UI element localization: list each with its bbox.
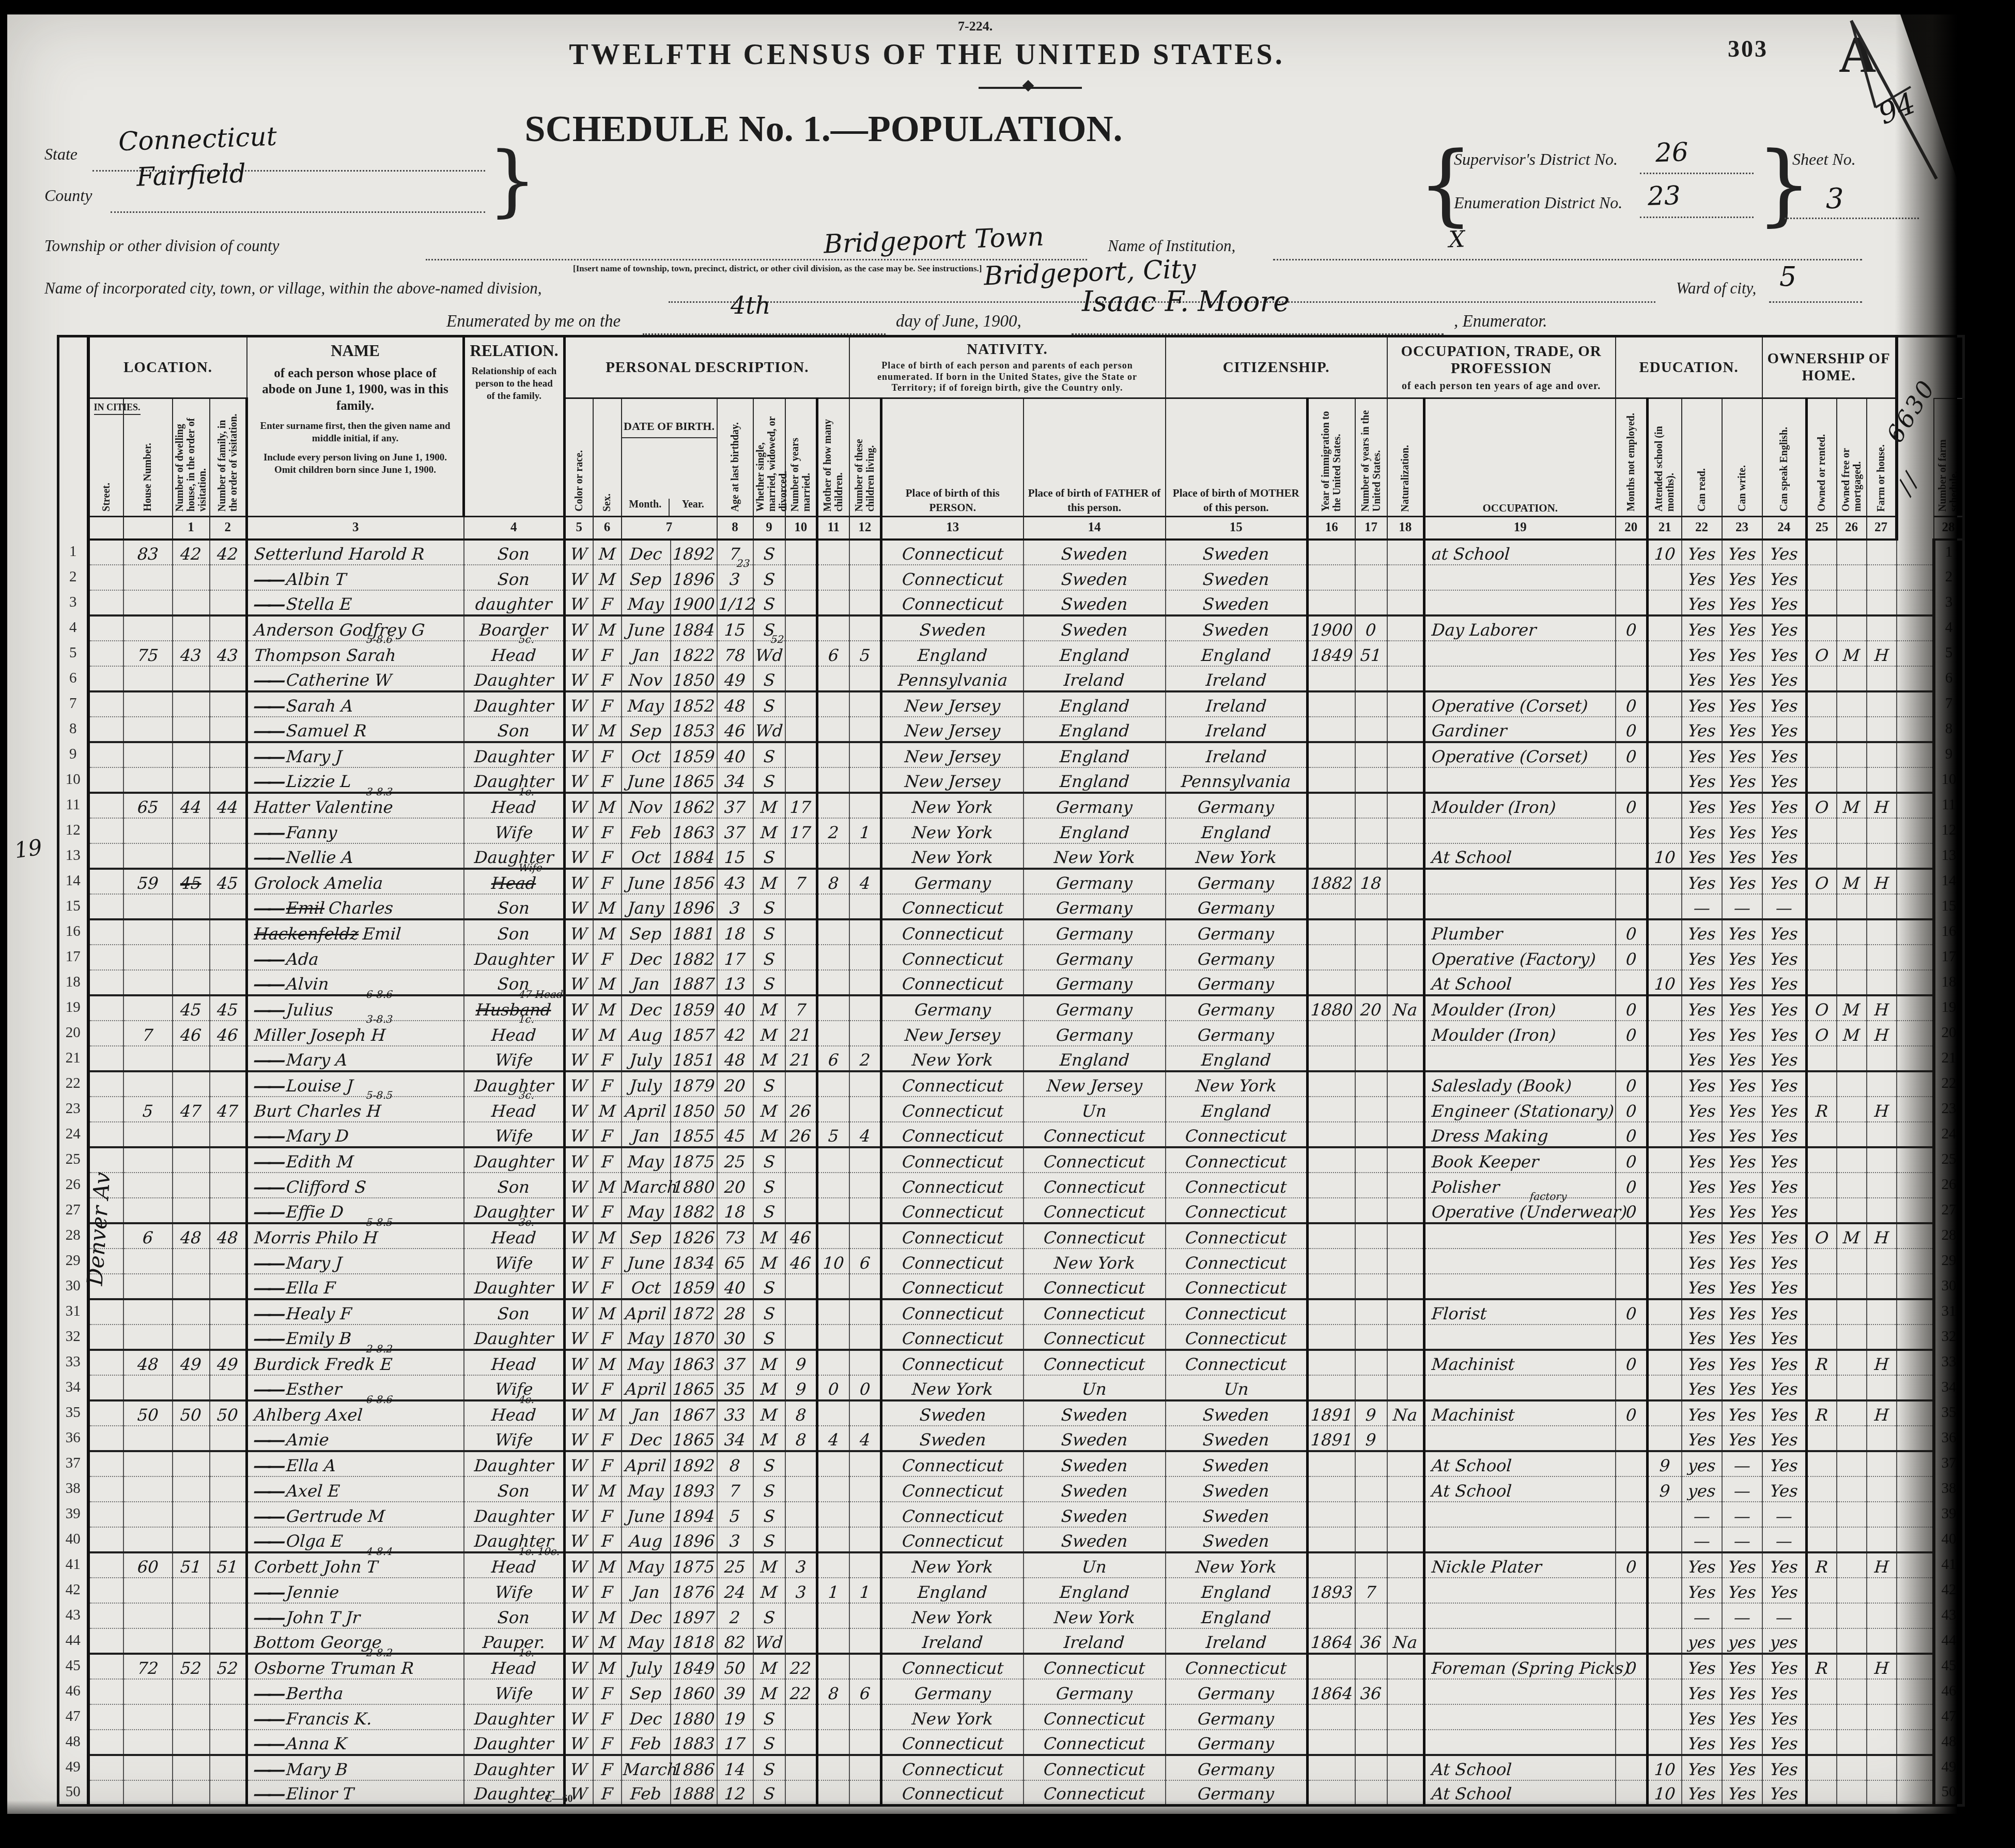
cell-name: ――Clifford S — [247, 1173, 464, 1198]
cell-relation: Daughter — [464, 945, 565, 970]
cell-marital: M — [753, 869, 785, 894]
cell-year: 1884 — [671, 615, 717, 641]
cell-years_married — [785, 1451, 817, 1476]
cell-sex: M — [593, 1654, 622, 1679]
cell-pob: Connecticut — [881, 1654, 1024, 1679]
cell-year: 1850 — [671, 1097, 717, 1122]
cell-sex: F — [593, 1274, 622, 1299]
cell-year: 1865 — [671, 1426, 717, 1451]
cell-read: Yes — [1682, 1122, 1722, 1147]
cell-year: 1855 — [671, 1122, 717, 1147]
cell-dwelling — [173, 1578, 210, 1603]
cell-month: Sep — [622, 1223, 671, 1249]
table-row: 17――AdaDaughterWFDec188217SConnecticutGe… — [58, 945, 1964, 970]
cell-english: — — [1762, 1527, 1807, 1552]
row-number-left: 9 — [58, 742, 88, 767]
cell-age: 3 — [717, 1527, 753, 1552]
cell-marital: M — [753, 1097, 785, 1122]
cell-relation: 1c.Head — [464, 1654, 565, 1679]
cell-sex: M — [593, 565, 622, 590]
col-owned: Owned or rented. — [1807, 398, 1837, 517]
cell-children_living — [849, 1552, 881, 1578]
cell-year: 1860 — [671, 1679, 717, 1704]
cell-year: 1886 — [671, 1755, 717, 1780]
cell-sex: M — [593, 1173, 622, 1198]
cell-pob_mother: England — [1166, 1578, 1308, 1603]
cell-years_married — [785, 641, 817, 666]
cell-age: 40 — [717, 1274, 753, 1299]
cell-english: Yes — [1762, 1198, 1807, 1223]
cell-imm_year — [1308, 1451, 1355, 1476]
cell-mortgage — [1837, 1097, 1867, 1122]
cell-natz — [1387, 945, 1424, 970]
cell-owned: O — [1807, 1021, 1837, 1046]
cell-name: ――Effie D — [247, 1198, 464, 1223]
table-row: 10――Lizzie LDaughterWFJune186534SNew Jer… — [58, 767, 1964, 793]
cell-age: 35 — [717, 1375, 753, 1400]
cell-month: Sep — [622, 565, 671, 590]
table-row: 6――Catherine WDaughterWFNov185049SPennsy… — [58, 666, 1964, 691]
cell-family — [210, 615, 247, 641]
cell-owned — [1807, 1704, 1837, 1730]
cell-marital: S — [753, 565, 785, 590]
cell-school — [1648, 1603, 1682, 1628]
cell-mother_of: 10 — [817, 1249, 849, 1274]
cell-mother_of — [817, 1325, 849, 1350]
cell-street — [88, 1502, 123, 1527]
cell-house — [123, 919, 173, 945]
cell-years_married — [785, 1274, 817, 1299]
cell-mortgage — [1837, 1552, 1867, 1578]
cell-school: 10 — [1648, 540, 1682, 565]
row-number-left: 18 — [58, 970, 88, 995]
cell-imm_year — [1308, 691, 1355, 717]
cell-family: 44 — [210, 793, 247, 818]
cell-dwelling — [173, 894, 210, 919]
cell-color: W — [565, 1350, 593, 1375]
cell-age: 2 — [717, 1603, 753, 1628]
cell-occupation — [1424, 1249, 1616, 1274]
cell-pob_father: Sweden — [1024, 1527, 1166, 1552]
cell-english: Yes — [1762, 742, 1807, 767]
row-number-left: 24 — [58, 1122, 88, 1147]
cell-pob: Connecticut — [881, 1299, 1024, 1325]
cell-age: 20 — [717, 1173, 753, 1198]
cell-name: ――Mary J — [247, 1249, 464, 1274]
cell-age: 24 — [717, 1578, 753, 1603]
cell-house — [123, 717, 173, 742]
cell-marital: S — [753, 691, 785, 717]
cell-house — [123, 1147, 173, 1173]
cell-street — [88, 1552, 123, 1578]
cell-years_us: 18 — [1355, 869, 1387, 894]
colnum: 7 — [622, 517, 717, 540]
cell-family: 43 — [210, 641, 247, 666]
cell-house — [123, 1628, 173, 1654]
cell-relation: Wife — [464, 818, 565, 843]
cell-natz — [1387, 1249, 1424, 1274]
cell-english: Yes — [1762, 869, 1807, 894]
cell-pob: New Jersey — [881, 1021, 1024, 1046]
cell-pob_mother: Sweden — [1166, 1527, 1308, 1552]
table-row: 37――Ella ADaughterWFApril18928SConnectic… — [58, 1451, 1964, 1476]
cell-pob_mother: Germany — [1166, 919, 1308, 945]
table-wrap: LOCATION.NAMEof each person whose place … — [57, 335, 1965, 1807]
cell-name: ――Sarah A — [247, 691, 464, 717]
cell-farm: H — [1867, 1552, 1897, 1578]
cell-family — [210, 666, 247, 691]
cell-pob: Germany — [881, 869, 1024, 894]
cell-farm — [1867, 1476, 1897, 1502]
dotted-line — [1273, 258, 1862, 260]
colnum: 3 — [247, 517, 464, 540]
cell-months_unemp — [1616, 818, 1648, 843]
cell-mortgage — [1837, 1527, 1867, 1552]
cell-natz — [1387, 565, 1424, 590]
cell-annotation: Wife — [518, 863, 542, 873]
cell-pob_father: England — [1024, 1046, 1166, 1071]
cell-months_unemp — [1616, 1046, 1648, 1071]
table-row: 44Bottom GeorgePauper.WMMay181882WdIrela… — [58, 1628, 1964, 1654]
row-number-left: 48 — [58, 1730, 88, 1755]
cell-years_us — [1355, 1350, 1387, 1375]
cell-pob_father: Germany — [1024, 919, 1166, 945]
cell-pob_father: Connecticut — [1024, 1198, 1166, 1223]
cell-farm — [1867, 615, 1897, 641]
cell-dwelling — [173, 1173, 210, 1198]
struck-text: Emil — [286, 898, 326, 918]
cell-years_married: 22 — [785, 1654, 817, 1679]
cell-write: — — [1722, 1451, 1762, 1476]
row-number-left: 22 — [58, 1071, 88, 1097]
cell-years_us — [1355, 590, 1387, 615]
cell-pob_mother: Connecticut — [1166, 1654, 1308, 1679]
cell-farm — [1867, 1046, 1897, 1071]
cell-marital: S — [753, 1147, 785, 1173]
cell-mortgage — [1837, 1147, 1867, 1173]
cell-street — [88, 945, 123, 970]
cell-name: ――Healy F — [247, 1299, 464, 1325]
cell-school — [1648, 666, 1682, 691]
colnum: 14 — [1024, 517, 1166, 540]
cell-pob_father: Connecticut — [1024, 1704, 1166, 1730]
cell-school — [1648, 1350, 1682, 1375]
cell-name: ――Mary D — [247, 1122, 464, 1147]
cell-age: 48 — [717, 1046, 753, 1071]
cell-children_living — [849, 615, 881, 641]
cell-pob: Connecticut — [881, 919, 1024, 945]
cell-occupation — [1424, 641, 1616, 666]
cell-children_living: 4 — [849, 1426, 881, 1451]
cell-pob_father: Germany — [1024, 1021, 1166, 1046]
cell-dwelling: 45 — [173, 869, 210, 894]
cell-month: June — [622, 615, 671, 641]
cell-pob_father: Sweden — [1024, 1502, 1166, 1527]
cell-english: Yes — [1762, 1299, 1807, 1325]
cell-sex: M — [593, 1223, 622, 1249]
cell-months_unemp: 0 — [1616, 1147, 1648, 1173]
cell-farm — [1867, 1071, 1897, 1097]
cell-imm_year — [1308, 1122, 1355, 1147]
cell-years_us — [1355, 1603, 1387, 1628]
cell-english: Yes — [1762, 1147, 1807, 1173]
cell-mortgage — [1837, 1679, 1867, 1704]
ditto-dash: ―― — [254, 594, 283, 614]
cell-farm — [1867, 945, 1897, 970]
cell-school — [1648, 995, 1682, 1021]
cell-family — [210, 1249, 247, 1274]
col-write: Can write. — [1722, 398, 1762, 517]
cell-year: 1884 — [671, 843, 717, 869]
cell-name: ――Lizzie L — [247, 767, 464, 793]
cell-write: Yes — [1722, 742, 1762, 767]
cell-english: Yes — [1762, 793, 1807, 818]
cell-children_living — [849, 1730, 881, 1755]
cell-color: W — [565, 1527, 593, 1552]
cell-annotation: 5-8.5 — [366, 1217, 393, 1227]
cell-mother_of — [817, 1654, 849, 1679]
cell-dwelling — [173, 1679, 210, 1704]
cell-years_us: 0 — [1355, 615, 1387, 641]
ditto-dash: ―― — [254, 569, 283, 589]
ditto-dash: ―― — [254, 772, 283, 791]
cell-farm — [1867, 1603, 1897, 1628]
cell-sex: M — [593, 1603, 622, 1628]
cell-year: 1872 — [671, 1299, 717, 1325]
cell-mother_of — [817, 767, 849, 793]
cell-marital: S — [753, 919, 785, 945]
cell-color: W — [565, 641, 593, 666]
col-school: Attended school (in months). — [1648, 398, 1682, 517]
cell-natz — [1387, 970, 1424, 995]
cell-months_unemp: 0 — [1616, 793, 1648, 818]
cell-occupation — [1424, 1578, 1616, 1603]
cell-months_unemp — [1616, 1603, 1648, 1628]
cell-marital: Wd — [753, 1628, 785, 1654]
col-mother_of: Mother of how many children. — [817, 398, 849, 517]
cell-family: 50 — [210, 1400, 247, 1426]
cell-dwelling — [173, 1730, 210, 1755]
cell-years_married — [785, 1603, 817, 1628]
cell-pob_mother: England — [1166, 818, 1308, 843]
group-personal: PERSONAL DESCRIPTION. — [565, 336, 849, 398]
cell-dwelling: 50 — [173, 1400, 210, 1426]
cell-read: Yes — [1682, 1147, 1722, 1173]
cell-annotation: 1c. — [518, 1014, 535, 1024]
ditto-dash: ―― — [254, 1329, 283, 1348]
cell-age: 73 — [717, 1223, 753, 1249]
cell-month: Nov — [622, 793, 671, 818]
cell-read: Yes — [1682, 1426, 1722, 1451]
table-row: 20746463-8.3Miller Joseph H1c.HeadWMAug1… — [58, 1021, 1964, 1046]
cell-years_married: 46 — [785, 1249, 817, 1274]
cell-street — [88, 793, 123, 818]
ditto-dash: ―― — [254, 670, 283, 690]
cell-school — [1648, 1654, 1682, 1679]
cell-read: — — [1682, 894, 1722, 919]
cell-imm_year — [1308, 666, 1355, 691]
cell-pob_father: England — [1024, 742, 1166, 767]
cell-children_living — [849, 1400, 881, 1426]
cell-street — [88, 1755, 123, 1780]
cell-name: ――Emil Charles — [247, 894, 464, 919]
cell-occupation: At School — [1424, 970, 1616, 995]
cell-house — [123, 1426, 173, 1451]
cell-owned: O — [1807, 869, 1837, 894]
cell-children_living — [849, 1147, 881, 1173]
sheet-value: 3 — [1826, 182, 1843, 215]
cell-pob_mother: Connecticut — [1166, 1299, 1308, 1325]
cell-age: 3 — [717, 894, 753, 919]
cell-write: Yes — [1722, 615, 1762, 641]
cell-occupation: At School — [1424, 843, 1616, 869]
cell-street — [88, 970, 123, 995]
cell-write: Yes — [1722, 1426, 1762, 1451]
cell-english: Yes — [1762, 1654, 1807, 1679]
cell-owned — [1807, 843, 1837, 869]
cell-pob_mother: England — [1166, 1046, 1308, 1071]
cell-year: 1896 — [671, 565, 717, 590]
cell-street — [88, 1021, 123, 1046]
cell-annotation: 52 — [770, 634, 784, 644]
cell-marital: S — [753, 1502, 785, 1527]
cell-read: Yes — [1682, 1704, 1722, 1730]
cell-color: W — [565, 1299, 593, 1325]
cell-school — [1648, 1021, 1682, 1046]
cell-house — [123, 1730, 173, 1755]
cell-house — [123, 691, 173, 717]
cell-years_us — [1355, 970, 1387, 995]
cell-marital: M — [753, 1552, 785, 1578]
cell-mother_of — [817, 565, 849, 590]
cell-month: March — [622, 1173, 671, 1198]
cell-relation: Son — [464, 1603, 565, 1628]
county-value: Fairfield — [136, 158, 246, 192]
cell-months_unemp — [1616, 590, 1648, 615]
cell-color: W — [565, 666, 593, 691]
cell-imm_year — [1308, 919, 1355, 945]
cell-owned: R — [1807, 1654, 1837, 1679]
cell-pob: Connecticut — [881, 1476, 1024, 1502]
cell-farm: H — [1867, 869, 1897, 894]
cell-read: Yes — [1682, 565, 1722, 590]
cell-months_unemp: 0 — [1616, 1654, 1648, 1679]
cell-mother_of: 5 — [817, 1122, 849, 1147]
cell-color: W — [565, 894, 593, 919]
cell-pob_father: Ireland — [1024, 1628, 1166, 1654]
cell-family — [210, 1578, 247, 1603]
col-family: Number of family, in the order of visita… — [210, 398, 247, 517]
row-number-left: 34 — [58, 1375, 88, 1400]
ditto-dash: ―― — [254, 1278, 283, 1298]
cell-months_unemp: 0 — [1616, 1400, 1648, 1426]
cell-family — [210, 1603, 247, 1628]
cell-years_married — [785, 691, 817, 717]
cell-mortgage — [1837, 1122, 1867, 1147]
cell-months_unemp — [1616, 1476, 1648, 1502]
cell-write: — — [1722, 1502, 1762, 1527]
table-row: 416051514-8.4Corbett John T1c. 10c.HeadW… — [58, 1552, 1964, 1578]
cell-name: ――Albin T — [247, 565, 464, 590]
cell-write: — — [1722, 894, 1762, 919]
supervisor-label: Supervisor's District No. — [1454, 150, 1618, 169]
cell-family: 42 — [210, 540, 247, 565]
cell-months_unemp — [1616, 970, 1648, 995]
cell-pob_mother: Connecticut — [1166, 1249, 1308, 1274]
cell-children_living — [849, 1198, 881, 1223]
cell-relation: Daughter — [464, 1147, 565, 1173]
cell-mother_of — [817, 1603, 849, 1628]
cell-owned — [1807, 1249, 1837, 1274]
census-table: LOCATION.NAMEof each person whose place … — [57, 335, 1965, 1807]
ditto-dash: ―― — [254, 1253, 283, 1273]
cell-years_us — [1355, 1071, 1387, 1097]
cell-mortgage — [1837, 1400, 1867, 1426]
cell-farm — [1867, 1375, 1897, 1400]
cell-months_unemp — [1616, 1527, 1648, 1552]
cell-occupation: At School — [1424, 1476, 1616, 1502]
colnum: 25 — [1807, 517, 1837, 540]
colnum: 27 — [1867, 517, 1897, 540]
cell-years_us — [1355, 1552, 1387, 1578]
cell-natz — [1387, 767, 1424, 793]
cell-family — [210, 1476, 247, 1502]
cell-imm_year: 1891 — [1308, 1400, 1355, 1426]
cell-name: ――Amie — [247, 1426, 464, 1451]
cell-imm_year — [1308, 1198, 1355, 1223]
cell-pob_father: Connecticut — [1024, 1755, 1166, 1780]
cell-english: — — [1762, 894, 1807, 919]
cell-mortgage: M — [1837, 1223, 1867, 1249]
cell-year: 1897 — [671, 1603, 717, 1628]
cell-months_unemp: 0 — [1616, 945, 1648, 970]
cell-month: Aug — [622, 1527, 671, 1552]
cell-write: Yes — [1722, 767, 1762, 793]
cell-name: ――Louise J — [247, 1071, 464, 1097]
census-sheet: 7-224. TWELFTH CENSUS OF THE UNITED STAT… — [7, 14, 1957, 1814]
cell-imm_year: 1864 — [1308, 1679, 1355, 1704]
cell-street — [88, 1654, 123, 1679]
cell-mother_of — [817, 1755, 849, 1780]
cell-write: Yes — [1722, 1325, 1762, 1350]
cell-age: 39 — [717, 1679, 753, 1704]
cell-year: 1883 — [671, 1730, 717, 1755]
cell-occupation — [1424, 1502, 1616, 1527]
cell-owned: R — [1807, 1552, 1837, 1578]
cell-months_unemp: 0 — [1616, 691, 1648, 717]
cell-year: 1900 — [671, 590, 717, 615]
cell-pob_mother: New York — [1166, 1071, 1308, 1097]
cell-read: Yes — [1682, 793, 1722, 818]
cell-farm: H — [1867, 995, 1897, 1021]
cell-english: — — [1762, 1502, 1807, 1527]
row-number-left: 25 — [58, 1147, 88, 1173]
cell-house: 7 — [123, 1021, 173, 1046]
cell-natz — [1387, 691, 1424, 717]
cell-pob_father: Connecticut — [1024, 1223, 1166, 1249]
cell-write: — — [1722, 1603, 1762, 1628]
col-pob: Place of birth of this PERSON. — [881, 398, 1024, 517]
district-brace-close: } — [1756, 133, 1812, 236]
cell-month: Dec — [622, 1426, 671, 1451]
cell-relation: Son — [464, 540, 565, 565]
cell-relation: Boarder — [464, 615, 565, 641]
cell-mortgage — [1837, 843, 1867, 869]
cell-family — [210, 742, 247, 767]
cell-dwelling — [173, 615, 210, 641]
cell-relation: daughter — [464, 590, 565, 615]
cell-read: Yes — [1682, 1097, 1722, 1122]
